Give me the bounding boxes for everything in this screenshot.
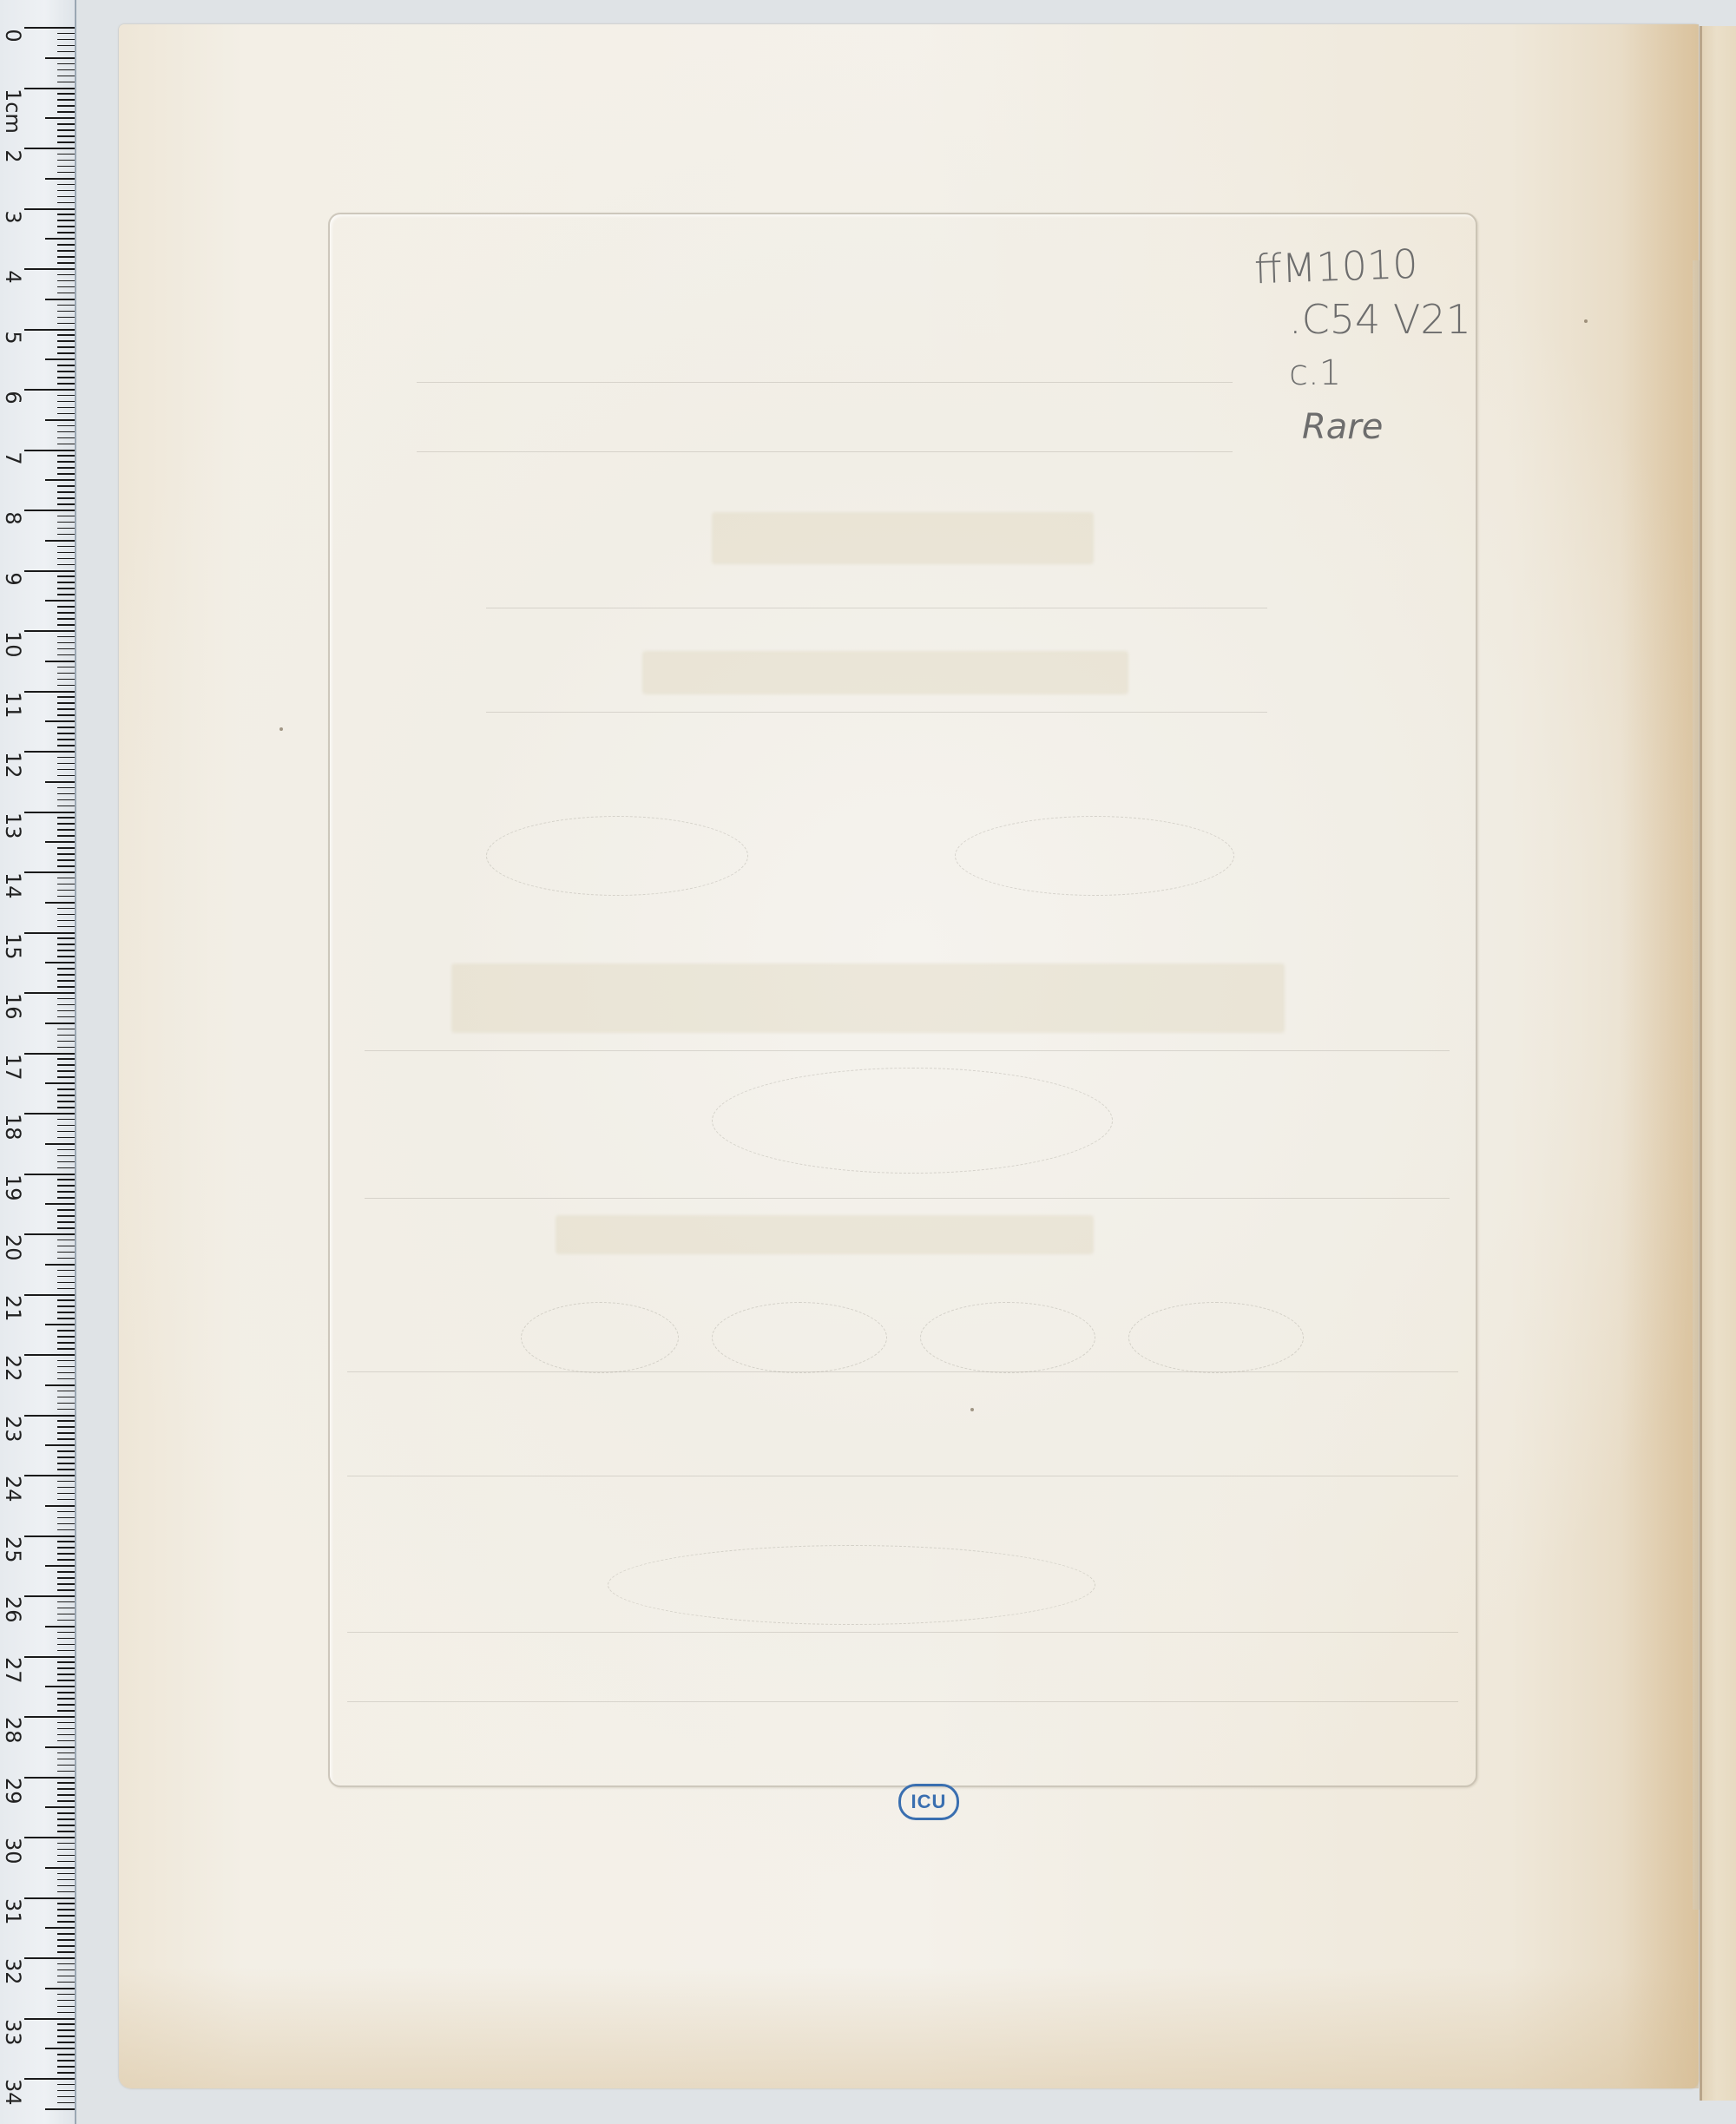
- ruler-tick: [45, 902, 75, 904]
- ruler-tick: [57, 642, 75, 644]
- ruler-tick: [57, 654, 75, 656]
- ruler-tick: [57, 1879, 75, 1881]
- ruler-tick: [24, 268, 75, 270]
- ruler-tick: [57, 1391, 75, 1392]
- ruler-tick: [57, 1305, 75, 1307]
- ruler-tick: [57, 1909, 75, 1910]
- ruler-tick: [57, 1728, 75, 1730]
- ruler-tick: [57, 1541, 75, 1542]
- ruler-tick: [57, 745, 75, 746]
- ruler-label: 5: [2, 326, 24, 349]
- ruler-tick: [57, 1185, 75, 1187]
- ruler-tick: [24, 389, 75, 391]
- ruler-tick: [57, 1360, 75, 1362]
- ruler-tick: [45, 1082, 75, 1084]
- ruler-label: 29: [2, 1778, 24, 1800]
- ruler-tick: [24, 871, 75, 873]
- ruler-tick: [57, 956, 75, 957]
- ruler-tick: [57, 1771, 75, 1772]
- ruler-tick: [57, 1179, 75, 1180]
- ruler-tick: [57, 1064, 75, 1066]
- ruler-tick: [57, 1939, 75, 1941]
- ruler-tick: [24, 450, 75, 451]
- ruler-tick: [57, 1759, 75, 1760]
- call-number-line-2: .C54 V21: [1289, 293, 1471, 346]
- ruler-tick: [57, 1119, 75, 1121]
- ruler-tick: [45, 1143, 75, 1145]
- ruler-tick: [57, 1372, 75, 1374]
- ruler-tick: [57, 1855, 75, 1857]
- ruler-tick: [57, 1191, 75, 1193]
- ruler-tick: [57, 196, 75, 198]
- ruler-tick: [57, 522, 75, 523]
- ruler-tick: [57, 582, 75, 583]
- ruler-tick: [57, 1620, 75, 1621]
- ruler-tick: [57, 1632, 75, 1634]
- ruler-tick: [45, 600, 75, 602]
- ruler-label: 28: [2, 1717, 24, 1739]
- ruler-tick: [57, 1161, 75, 1163]
- ruler-tick: [57, 425, 75, 427]
- ruler-tick: [57, 1215, 75, 1217]
- ruler-tick: [57, 1650, 75, 1652]
- ruler-tick: [57, 1221, 75, 1223]
- ruler-tick: [57, 1167, 75, 1169]
- ruler-tick: [57, 323, 75, 325]
- ruler-tick: [57, 1843, 75, 1845]
- ruler-tick: [24, 1656, 75, 1658]
- ruler-tick: [45, 1565, 75, 1567]
- foxing-speck: [970, 1408, 974, 1411]
- ruler-tick: [57, 986, 75, 988]
- ruler-tick: [57, 1734, 75, 1736]
- ruler-tick: [24, 1475, 75, 1476]
- ruler-tick: [45, 1746, 75, 1748]
- ruler-tick: [57, 365, 75, 366]
- ruler-label: 30: [2, 1838, 24, 1860]
- ruler-tick: [57, 775, 75, 777]
- ruler-tick: [57, 1047, 75, 1049]
- ruler-tick: [57, 473, 75, 475]
- ruler-tick: [57, 1209, 75, 1211]
- ruler-tick: [57, 1511, 75, 1513]
- ruler-tick: [57, 250, 75, 252]
- ruler-tick: [57, 528, 75, 529]
- ruler-tick: [57, 1252, 75, 1253]
- ruler-label: 16: [2, 993, 24, 1016]
- ruler-tick: [57, 763, 75, 765]
- ruler-tick: [57, 1318, 75, 1319]
- ruler-label: 17: [2, 1054, 24, 1076]
- ruler-tick: [57, 1849, 75, 1851]
- ruler-tick: [57, 552, 75, 554]
- ruler-tick: [57, 1481, 75, 1483]
- ruler-tick: [57, 534, 75, 536]
- ruler-tick: [57, 588, 75, 589]
- ruler-tick: [57, 1692, 75, 1693]
- ruler-tick: [57, 769, 75, 771]
- ruler-tick: [57, 799, 75, 801]
- ruler-tick: [57, 111, 75, 113]
- ruler-label: 20: [2, 1234, 24, 1257]
- ruler-tick: [45, 358, 75, 360]
- ruler-tick: [57, 1680, 75, 1681]
- ruler-tick: [57, 1312, 75, 1313]
- ruler-tick: [57, 2102, 75, 2104]
- ruler-tick: [57, 82, 75, 83]
- ruler-tick: [57, 311, 75, 312]
- ruler-tick: [57, 1891, 75, 1893]
- ruler-tick: [57, 648, 75, 650]
- ruler-tick: [45, 117, 75, 119]
- ruler-tick: [57, 853, 75, 855]
- ruler-tick: [57, 1463, 75, 1464]
- ruler-tick: [24, 1354, 75, 1356]
- ruler-tick: [57, 2029, 75, 2031]
- ruler-label: 31: [2, 1898, 24, 1921]
- ruler-tick: [57, 1752, 75, 1754]
- ruler-tick: [24, 570, 75, 572]
- ruler-tick: [57, 99, 75, 101]
- ruler-label: 9: [2, 568, 24, 590]
- ruler-tick: [57, 202, 75, 204]
- ruler-label: 0: [2, 24, 24, 47]
- ruler-tick: [57, 172, 75, 174]
- ruler-tick: [57, 334, 75, 336]
- ruler-tick: [57, 166, 75, 168]
- measuring-ruler: 01cm234567891011121314151617181920212223…: [0, 0, 76, 2124]
- ruler-tick: [57, 914, 75, 916]
- ruler-tick: [57, 317, 75, 319]
- ruler-tick: [57, 1342, 75, 1344]
- ruler-tick: [45, 238, 75, 240]
- ruler-tick: [57, 2000, 75, 2002]
- ruler-tick: [57, 1029, 75, 1030]
- ruler-tick: [24, 1415, 75, 1417]
- ruler-tick: [24, 27, 75, 29]
- ruler-tick: [57, 1010, 75, 1012]
- ruler-tick: [57, 1299, 75, 1301]
- ruler-tick: [57, 1131, 75, 1133]
- ruler-tick: [57, 244, 75, 246]
- ruler-label: 12: [2, 752, 24, 774]
- ruler-tick: [57, 383, 75, 385]
- ruler-tick: [45, 661, 75, 662]
- ruler-tick: [57, 1710, 75, 1712]
- ruler-tick: [57, 1969, 75, 1971]
- ruler-tick: [57, 594, 75, 595]
- ruler-tick: [57, 2012, 75, 2014]
- ruler-tick: [57, 1831, 75, 1832]
- ruler-tick: [57, 305, 75, 306]
- ruler-tick: [45, 781, 75, 783]
- ruler-tick: [57, 1227, 75, 1229]
- ruler-tick: [57, 1559, 75, 1561]
- ruler-tick: [57, 1107, 75, 1108]
- ruler-tick: [45, 178, 75, 180]
- ruler-tick: [24, 329, 75, 331]
- ruler-label: 14: [2, 872, 24, 895]
- ruler-tick: [57, 1101, 75, 1102]
- ruler-tick: [57, 1583, 75, 1585]
- ruler-tick: [57, 1493, 75, 1495]
- ruler-tick: [57, 413, 75, 415]
- ruler-tick: [24, 751, 75, 753]
- ruler-tick: [57, 2090, 75, 2092]
- ruler-tick: [57, 612, 75, 614]
- ruler-tick: [57, 293, 75, 294]
- ruler-tick: [24, 2018, 75, 2020]
- ruler-tick: [57, 1041, 75, 1042]
- ruler-tick: [45, 1806, 75, 1808]
- ruler-tick: [57, 2054, 75, 2055]
- ruler-tick: [57, 1704, 75, 1706]
- ruler-tick: [45, 1384, 75, 1386]
- library-stamp-icu: ICU: [898, 1784, 959, 1820]
- ruler-tick: [57, 2023, 75, 2025]
- ruler-tick: [24, 932, 75, 934]
- ruler-tick: [57, 1095, 75, 1096]
- ruler-tick: [57, 1517, 75, 1519]
- ruler-tick: [57, 1915, 75, 1917]
- ruler-label: 2: [2, 145, 24, 168]
- ruler-label: 21: [2, 1295, 24, 1318]
- ruler-tick: [57, 1523, 75, 1525]
- ruler-label: 27: [2, 1657, 24, 1680]
- ruler-tick: [57, 1088, 75, 1090]
- ruler-tick: [57, 503, 75, 505]
- call-number-line-1: ffM1010: [1253, 235, 1472, 297]
- ruler-tick: [57, 467, 75, 469]
- ruler-tick: [45, 1505, 75, 1507]
- ruler-tick: [57, 1378, 75, 1380]
- ruler-label: 26: [2, 1596, 24, 1619]
- ruler-tick: [57, 190, 75, 192]
- ruler-tick: [57, 455, 75, 457]
- ruler-tick: [57, 673, 75, 674]
- ruler-tick: [57, 395, 75, 397]
- ruler-tick: [57, 220, 75, 221]
- ruler-tick: [57, 950, 75, 951]
- ruler-tick: [45, 299, 75, 300]
- ruler-tick: [24, 812, 75, 813]
- ruler-tick: [57, 1282, 75, 1284]
- ruler-tick: [57, 829, 75, 831]
- ruler-tick: [57, 1155, 75, 1157]
- ruler-tick: [57, 1348, 75, 1350]
- ruler-tick: [57, 160, 75, 161]
- pencil-call-number: ffM1010 .C54 V21 c.1 Rare: [1254, 239, 1471, 454]
- ruler-tick: [24, 1897, 75, 1899]
- ruler-tick: [57, 2072, 75, 2074]
- ruler-label: 34: [2, 2079, 24, 2101]
- ruler-tick: [57, 1782, 75, 1784]
- ruler-tick: [57, 1951, 75, 1953]
- ruler-tick: [57, 1794, 75, 1796]
- ruler-tick: [45, 1203, 75, 1205]
- ruler-tick: [57, 431, 75, 433]
- copy-number: c.1: [1289, 346, 1471, 400]
- ruler-tick: [57, 33, 75, 35]
- ruler-tick: [57, 1722, 75, 1724]
- ruler-tick: [57, 45, 75, 47]
- ruler-tick: [57, 1885, 75, 1887]
- ruler-tick: [45, 841, 75, 843]
- ruler-tick: [57, 516, 75, 517]
- ruler-tick: [57, 1432, 75, 1434]
- ruler-tick: [57, 371, 75, 372]
- ruler-tick: [57, 2006, 75, 2008]
- ruler-tick: [57, 980, 75, 982]
- ruler-tick: [57, 1197, 75, 1199]
- ruler-tick: [57, 896, 75, 898]
- ruler-tick: [57, 1529, 75, 1531]
- ruler-tick: [57, 1397, 75, 1398]
- ruler-tick: [45, 1324, 75, 1325]
- ruler-tick: [57, 865, 75, 867]
- ruler-label: 4: [2, 266, 24, 288]
- ruler-tick: [57, 1638, 75, 1640]
- ruler-tick: [57, 51, 75, 53]
- ruler-tick: [57, 1336, 75, 1338]
- ruler-tick: [57, 69, 75, 71]
- ruler-tick: [45, 1686, 75, 1687]
- ruler-tick: [57, 1058, 75, 1060]
- ruler-label: 13: [2, 812, 24, 835]
- ruler-label: 3: [2, 206, 24, 228]
- ruler-tick: [57, 708, 75, 710]
- ruler-tick: [57, 624, 75, 626]
- ruler-tick: [57, 1330, 75, 1332]
- edge-stain: [1621, 24, 1699, 2088]
- ruler-tick: [57, 1812, 75, 1814]
- ruler-label: 11: [2, 692, 24, 714]
- ruler-tick: [24, 1957, 75, 1959]
- ruler-tick: [57, 1420, 75, 1422]
- ruler-tick: [57, 135, 75, 137]
- ruler-tick: [57, 1818, 75, 1820]
- ruler-tick: [57, 1270, 75, 1272]
- ruler-tick: [57, 920, 75, 922]
- ruler-tick: [57, 926, 75, 928]
- ruler-tick: [57, 76, 75, 77]
- ruler-label: 19: [2, 1174, 24, 1197]
- ruler-tick: [24, 208, 75, 210]
- ruler-tick: [57, 679, 75, 681]
- ruler-tick: [57, 123, 75, 125]
- ruler-tick: [57, 1366, 75, 1368]
- ruler-tick: [57, 667, 75, 668]
- ruler-tick: [57, 1469, 75, 1470]
- ruler-tick: [57, 1788, 75, 1790]
- ruler-tick: [57, 558, 75, 560]
- ruler-tick: [57, 787, 75, 789]
- ruler-tick: [57, 606, 75, 608]
- ruler-tick: [45, 2108, 75, 2110]
- ruler-tick: [57, 757, 75, 759]
- ruler-tick: [57, 1487, 75, 1489]
- ruler-tick: [57, 2096, 75, 2098]
- ruler-tick: [45, 1988, 75, 1989]
- ruler-tick: [57, 1258, 75, 1259]
- ruler-tick: [57, 497, 75, 499]
- ruler-tick: [57, 274, 75, 276]
- ruler-tick: [24, 1113, 75, 1115]
- ruler-tick: [57, 407, 75, 409]
- ruler-tick: [24, 691, 75, 693]
- ruler-tick: [57, 1547, 75, 1549]
- ruler-tick: [57, 1149, 75, 1151]
- ruler-tick: [24, 1777, 75, 1779]
- ruler-tick: [57, 1035, 75, 1036]
- ruler-tick: [57, 1426, 75, 1428]
- ruler-tick: [57, 944, 75, 945]
- ruler-label: 22: [2, 1355, 24, 1378]
- ruler-label: 6: [2, 386, 24, 409]
- ruler-tick: [57, 937, 75, 939]
- ruler-tick: [57, 908, 75, 910]
- ruler-tick: [24, 630, 75, 632]
- foxing-speck: [279, 727, 283, 731]
- ruler-tick: [57, 1963, 75, 1965]
- ruler-tick: [57, 733, 75, 734]
- ruler-label: 23: [2, 1416, 24, 1438]
- ruler-tick: [57, 154, 75, 155]
- ruler-tick: [57, 727, 75, 728]
- ruler-tick: [57, 1873, 75, 1875]
- ruler-tick: [57, 401, 75, 403]
- ruler-tick: [57, 1644, 75, 1646]
- ruler-tick: [24, 148, 75, 149]
- ruler-tick: [57, 1403, 75, 1404]
- ruler-tick: [57, 1994, 75, 1996]
- ruler-tick: [57, 1740, 75, 1742]
- ruler-tick: [57, 696, 75, 698]
- second-leaf-edge: [1700, 26, 1736, 2101]
- ruler-tick: [57, 485, 75, 487]
- ruler-tick: [57, 739, 75, 740]
- ruler-label: 24: [2, 1476, 24, 1498]
- ruler-tick: [24, 2078, 75, 2080]
- ruler-tick: [24, 88, 75, 89]
- ruler-tick: [57, 546, 75, 548]
- ruler-tick: [57, 256, 75, 258]
- ruler-tick: [57, 884, 75, 885]
- ruler-tick: [57, 1125, 75, 1127]
- ruler-tick: [57, 564, 75, 566]
- ruler-tick: [57, 636, 75, 638]
- ruler-tick: [57, 575, 75, 577]
- ruler-tick: [57, 377, 75, 378]
- ruler-tick: [24, 1837, 75, 1838]
- ruler-tick: [57, 93, 75, 95]
- ruler-tick: [57, 1409, 75, 1411]
- ruler-tick: [57, 444, 75, 445]
- ruler-tick: [57, 1589, 75, 1591]
- ruler-tick: [57, 968, 75, 970]
- ruler-tick: [45, 1264, 75, 1266]
- ruler-tick: [57, 226, 75, 227]
- ruler-tick: [57, 806, 75, 807]
- ruler-label: 10: [2, 631, 24, 654]
- ruler-tick: [57, 232, 75, 233]
- ruler-tick: [57, 1004, 75, 1006]
- ruler-label: 32: [2, 1958, 24, 1981]
- ruler-tick: [45, 479, 75, 481]
- ruler-tick: [57, 1601, 75, 1603]
- ruler-tick: [57, 1933, 75, 1935]
- foxing-speck: [1584, 319, 1588, 323]
